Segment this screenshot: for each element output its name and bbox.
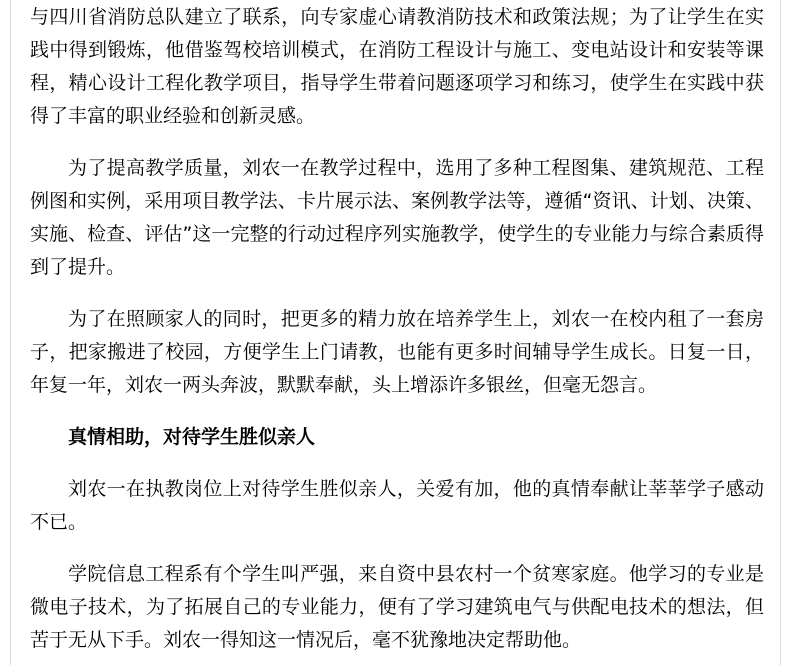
section-heading: 真情相助，对待学生胜似亲人 bbox=[30, 421, 764, 454]
paragraph: 与四川省消防总队建立了联系，向专家虚心请教消防技术和政策法规；为了让学生在实践中… bbox=[30, 1, 764, 133]
paragraph: 学院信息工程系有个学生叫严强，来自资中县农村一个贫寒家庭。他学习的专业是微电子技… bbox=[30, 558, 764, 657]
paragraph: 为了在照顾家人的同时，把更多的精力放在培养学生上，刘农一在校内租了一套房子，把家… bbox=[30, 303, 764, 402]
paragraph: 为了提高教学质量，刘农一在教学过程中，选用了多种工程图集、建筑规范、工程例图和实… bbox=[30, 152, 764, 284]
document-page: 与四川省消防总队建立了联系，向专家虚心请教消防技术和政策法规；为了让学生在实践中… bbox=[10, 0, 781, 665]
article-body: 与四川省消防总队建立了联系，向专家虚心请教消防技术和政策法规；为了让学生在实践中… bbox=[30, 1, 764, 657]
paragraph: 刘农一在执教岗位上对待学生胜似亲人，关爱有加，他的真情奉献让莘莘学子感动不已。 bbox=[30, 473, 764, 539]
